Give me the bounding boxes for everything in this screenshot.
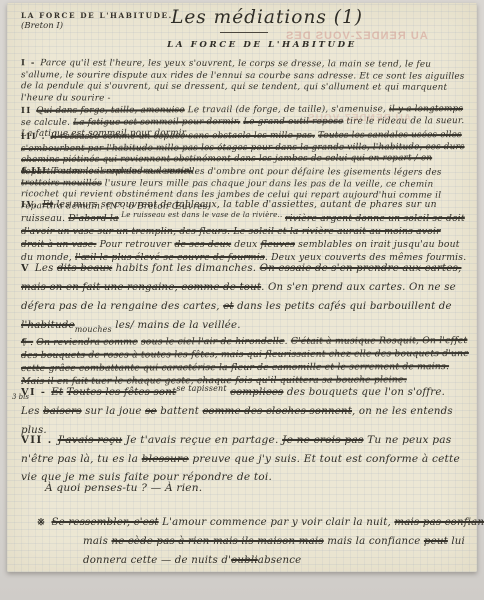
- paragraph-7: VII . J'avais reçu Je t'avais reçue en p…: [21, 431, 461, 486]
- manuscript-scan: { "page": { "corner_note": { "line1": "L…: [0, 0, 484, 600]
- paragraph-5: V Les dits beaux habits font les dimanch…: [21, 259, 466, 335]
- paragraph-1: I - Parce qu'il est l'heure, les yeux s'…: [21, 57, 470, 106]
- paragraph-7-question: À quoi penses-tu ? — À rien.: [45, 479, 484, 497]
- margin-note-3bis: 3 bis: [12, 393, 29, 401]
- page-title-script: Les médiations (1): [147, 7, 387, 28]
- paragraph-6-deleted: ¶ . On reviendra comme sous le ciel l'ai…: [21, 334, 470, 388]
- manuscript-page: LA FORCE DE L'HABITUDE. (Breton I) Les m…: [7, 3, 477, 572]
- verso-showthrough-stamp: AU RENDEZ-VOUS DES: [285, 30, 428, 42]
- paragraph-4: IV. Et les murs se couvrent de tableaux,…: [21, 198, 467, 264]
- footnote-block: ※ Se ressembler, c'est L'amour commence …: [37, 513, 484, 570]
- title-underline: [220, 32, 268, 33]
